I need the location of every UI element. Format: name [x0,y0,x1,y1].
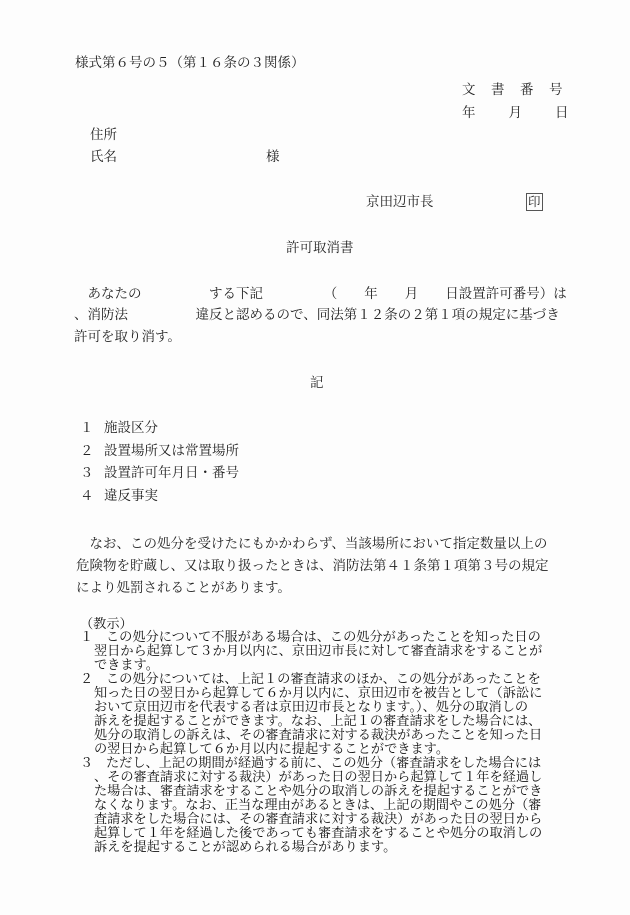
item-number: ３ [80,465,94,481]
document-title: 許可取消書 [286,240,354,256]
body-line: 、消防法 違反と認めるので、同法第１２条の２第１項の規定に基づき [74,307,560,323]
form-number: 様式第６号の５（第１６条の３関係） [75,55,305,71]
instruction-number: ３ [80,757,93,771]
item-label: 施設区分 [104,420,158,436]
item-label: 違反事実 [104,488,158,504]
date-label: 年 月 日 [462,105,571,121]
seal-mark: 印 [526,193,543,211]
honorific: 様 [266,149,280,165]
instruction-line: 翌日から起算して３か月以内に、京田辺市長に対して審査請求をすることが [94,645,542,659]
notice-line: 危険物を貯蔵し、又は取り扱ったときは、消防法第４１条第１項第３号の規定 [76,558,549,574]
item-number: ４ [80,488,94,504]
instruction-line: 訴えを提起することが認められる場合があります。 [94,841,396,855]
address-label: 住所 [90,127,117,143]
notice-line: により処罰されることがあります。 [76,580,291,596]
document-number-label: 文 書 番 号 [462,82,564,98]
issuer-title: 京田辺市長 [366,194,434,210]
item-number: １ [80,420,94,436]
body-line: 許可を取り消す。 [74,329,181,345]
instruction-number: １ [80,631,93,645]
item-number: ２ [80,443,94,459]
instruction-number: ２ [80,673,93,687]
body-line: あなたの する下記 （ 年 月 日設置許可番号）は [74,286,567,302]
name-label: 氏名 [90,149,117,165]
item-label: 設置許可年月日・番号 [104,465,239,481]
notice-line: なお、この処分を受けたにもかかわらず、当該場所において指定数量以上の [76,536,547,552]
item-label: 設置場所又は常置場所 [104,443,239,459]
ki-heading: 記 [310,375,324,391]
